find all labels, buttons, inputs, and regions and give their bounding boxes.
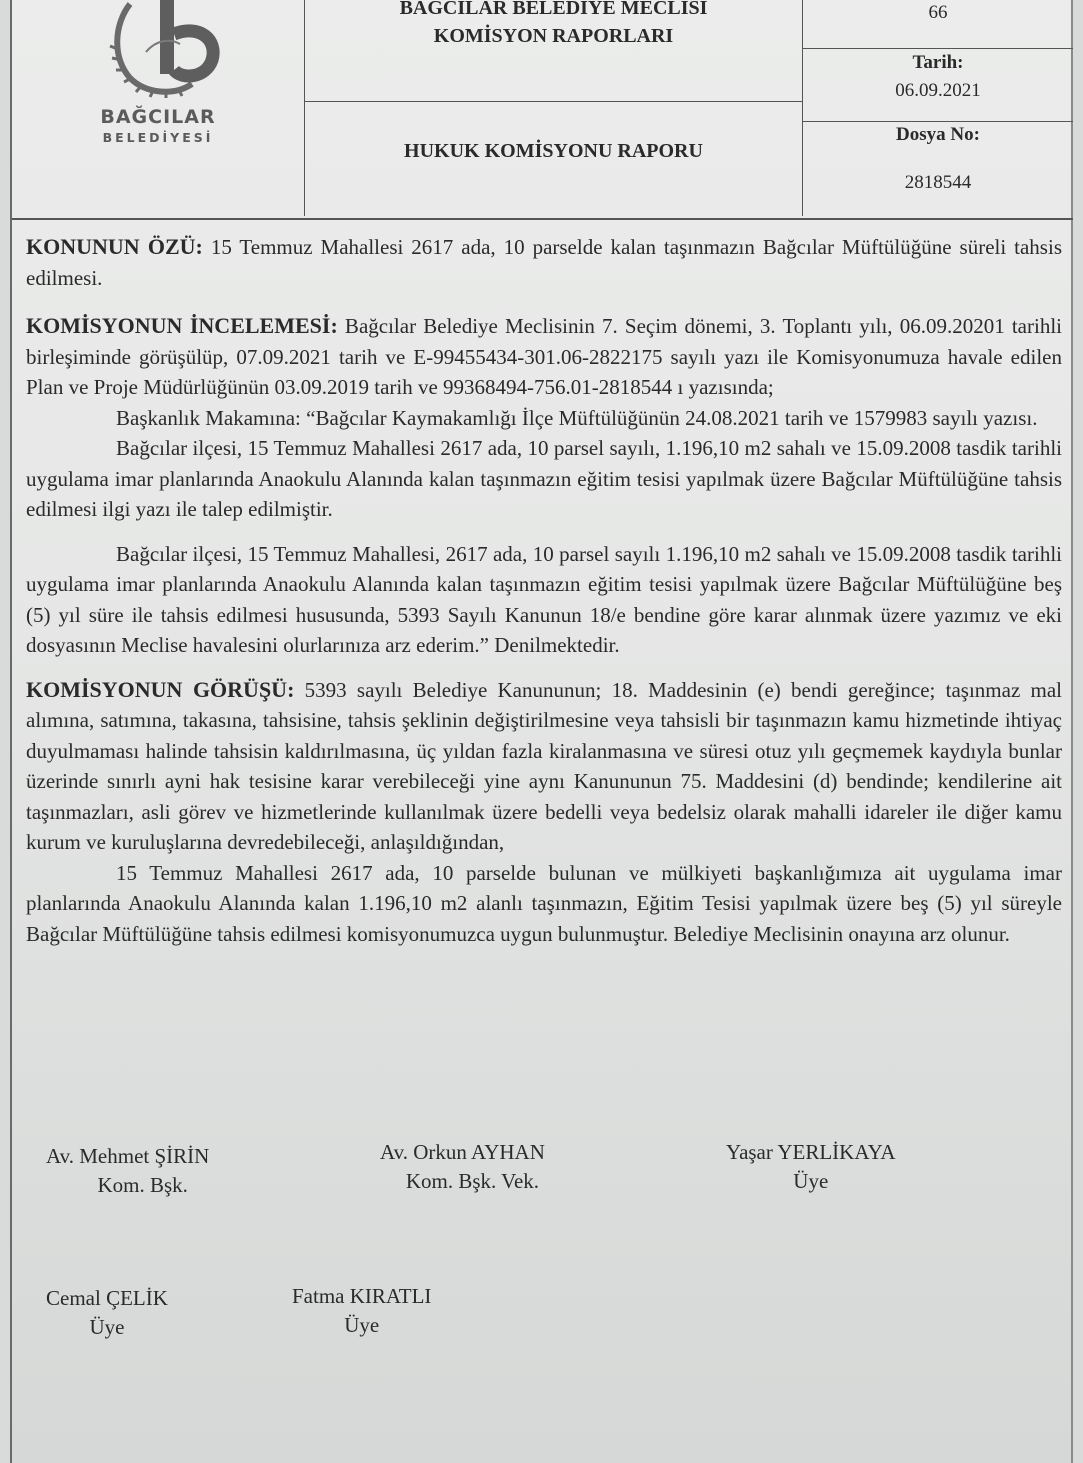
subject-paragraph: KONUNUN ÖZÜ: 15 Temmuz Mahallesi 2617 ad… <box>26 232 1062 293</box>
date-value: 06.09.2021 <box>803 80 1073 102</box>
signatory-name: Fatma KIRATLI <box>292 1282 431 1311</box>
subject-label: KONUNUN ÖZÜ: <box>26 234 203 259</box>
signatory-role: Üye <box>292 1311 431 1340</box>
file-label: Dosya No: <box>803 124 1073 146</box>
review-paragraph: KOMİSYONUN İNCELEMESİ: Bağcılar Belediye… <box>26 311 1062 403</box>
signatory-name: Av. Orkun AYHAN <box>380 1138 545 1167</box>
file-block: Dosya No: 2818544 <box>803 122 1073 216</box>
signatory-name: Yaşar YERLİKAYA <box>726 1138 896 1167</box>
signatory-role: Üye <box>726 1167 896 1196</box>
signatory-3: Yaşar YERLİKAYA Üye <box>726 1138 896 1196</box>
report-header: BAĞCILAR BELEDİYESİ BAĞCILAR BELEDİYE ME… <box>12 0 1073 220</box>
logo-cell: BAĞCILAR BELEDİYESİ <box>12 0 305 216</box>
reports-title: KOMİSYON RAPORLARI <box>305 22 802 50</box>
council-title: BAĞCILAR BELEDİYE MECLİSİ KOMİSYON RAPOR… <box>305 0 802 102</box>
signatory-role: Üye <box>46 1313 168 1342</box>
logo-subtitle: BELEDİYESİ <box>12 130 304 145</box>
signatory-5: Fatma KIRATLI Üye <box>292 1282 431 1340</box>
file-value: 2818544 <box>803 172 1073 194</box>
signatory-role: Kom. Bşk. <box>46 1171 209 1200</box>
document-page: BAĞCILAR BELEDİYESİ BAĞCILAR BELEDİYE ME… <box>10 0 1073 1463</box>
opinion-text: 5393 sayılı Belediye Kanununun; 18. Madd… <box>26 678 1062 855</box>
date-block: Tarih: 06.09.2021 <box>803 49 1073 122</box>
paragraph-4: 15 Temmuz Mahallesi 2617 ada, 10 parseld… <box>26 858 1062 950</box>
signatory-1: Av. Mehmet ŞİRİN Kom. Bşk. <box>46 1142 209 1200</box>
signatory-name: Av. Mehmet ŞİRİN <box>46 1142 209 1171</box>
report-title: HUKUK KOMİSYONU RAPORU <box>305 140 802 163</box>
signatory-role: Kom. Bşk. Vek. <box>380 1167 545 1196</box>
opinion-label: KOMİSYONUN GÖRÜŞÜ: <box>26 677 294 702</box>
report-body: KONUNUN ÖZÜ: 15 Temmuz Mahallesi 2617 ad… <box>26 232 1062 949</box>
paragraph-1: Başkanlık Makamına: “Bağcılar Kaymakamlı… <box>26 403 1062 434</box>
paragraph-3: Bağcılar ilçesi, 15 Temmuz Mahallesi, 26… <box>26 539 1062 661</box>
page-number: 66 <box>803 0 1073 49</box>
paragraph-2: Bağcılar ilçesi, 15 Temmuz Mahallesi 261… <box>26 433 1062 525</box>
meta-cell: 66 Tarih: 06.09.2021 Dosya No: 2818544 <box>803 0 1073 216</box>
signatory-2: Av. Orkun AYHAN Kom. Bşk. Vek. <box>380 1138 545 1196</box>
review-label: KOMİSYONUN İNCELEMESİ: <box>26 313 338 338</box>
logo-name: BAĞCILAR <box>12 106 304 128</box>
signatory-4: Cemal ÇELİK Üye <box>46 1284 168 1342</box>
opinion-paragraph: KOMİSYONUN GÖRÜŞÜ: 5393 sayılı Belediye … <box>26 675 1062 858</box>
bagcilar-logo-icon <box>100 0 224 105</box>
title-cell: BAĞCILAR BELEDİYE MECLİSİ KOMİSYON RAPOR… <box>305 0 803 216</box>
signatory-name: Cemal ÇELİK <box>46 1284 168 1313</box>
date-label: Tarih: <box>803 52 1073 74</box>
council-name: BAĞCILAR BELEDİYE MECLİSİ <box>305 0 802 22</box>
